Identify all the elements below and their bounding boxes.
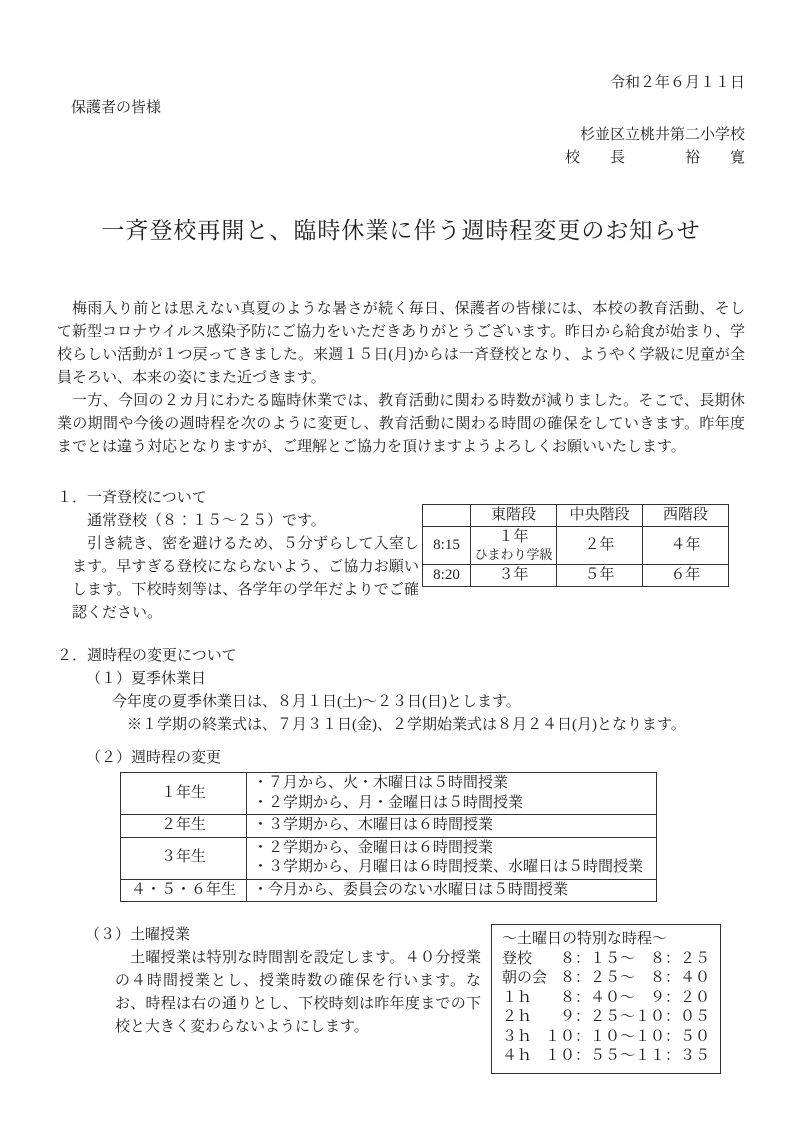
header-cell-empty [423,505,471,527]
cell-grade: ２年生 [121,815,247,838]
detail-line: ・２学期から、月・金曜日は５時間授業 [253,794,650,814]
sat-label: ４ｈ [502,1047,532,1067]
stairs-table: 東階段 中央階段 西階段 8:15 １年 ひまわり学級 ２年 ４年 8:20 ３… [422,504,729,587]
document-date: 令和２年６月１１日 [57,72,745,95]
detail-line: ・３学期から、木曜日は６時間授業 [253,816,650,836]
cell-grade: ３年生 [121,837,247,879]
table-row: １年生 ・７月から、火・木曜日は５時間授業 ・２学期から、月・金曜日は５時間授業 [121,773,657,815]
table-row: ２年生 ・３学期から、木曜日は６時間授業 [121,815,657,838]
principal-name: 校 長 裕 寛 [57,147,745,170]
sat-time: １０：５５～１１：３５ [545,1047,710,1067]
section-attendance-line1: 通常登校（８：１５～２５）です。 [57,510,419,533]
detail-line: ・７月から、火・木曜日は５時間授業 [253,774,650,794]
table-row: ３年生 ・２学期から、金曜日は６時間授業 ・３学期から、月曜日は６時間授業、水曜… [121,837,657,879]
cell-east: １年 ひまわり学級 [471,527,557,565]
schedule-table: １年生 ・７月から、火・木曜日は５時間授業 ・２学期から、月・金曜日は５時間授業… [120,772,657,902]
sat-label: ３ｈ [502,1028,532,1048]
cell-detail: ・２学期から、金曜日は６時間授業 ・３学期から、月曜日は６時間授業、水曜日は５時… [247,837,657,879]
saturday-box-title: ～土曜日の特別な時程～ [502,930,710,950]
sat-time: ９：２５～１０：０５ [560,1008,710,1028]
detail-line: ・２学期から、金曜日は６時間授業 [253,839,650,859]
cell-detail: ・３学期から、木曜日は６時間授業 [247,815,657,838]
saturday-schedule-box: ～土曜日の特別な時程～ 登校 ８：１５～ ８：２５ 朝の会 ８：２５～ ８：４０… [491,924,721,1074]
intro-paragraph-1: 梅雨入り前とは思えない真夏のような暑さが続く毎日、保護者の皆様には、本校の教育活… [57,298,745,390]
sat-label: 朝の会 [502,969,547,989]
cell-west: ４年 [643,527,729,565]
cell-time: 8:20 [423,565,471,587]
saturday-box-row: １ｈ ８：４０～ ９：２０ [502,989,710,1009]
cell-east: ３年 [471,565,557,587]
section-saturday: （３）土曜授業 土曜授業は特別な時間割を設定します。４０分授業の４時間授業とし、… [57,924,745,1074]
intro-paragraphs: 梅雨入り前とは思えない真夏のような暑さが続く毎日、保護者の皆様には、本校の教育活… [57,298,745,459]
detail-line: ・３学期から、月曜日は６時間授業、水曜日は５時間授業 [253,858,650,878]
summer-break-line1: 今年度の夏季休業日は、８月１日(土)～２３日(日)とします。 [57,691,745,714]
saturday-box-row: ２ｈ ９：２５～１０：０５ [502,1008,710,1028]
sat-label: 登校 [502,950,532,970]
saturday-text: （３）土曜授業 土曜授業は特別な時間割を設定します。４０分授業の４時間授業とし、… [85,924,481,1074]
table-row: 8:20 ３年 ５年 ６年 [423,565,729,587]
section-attendance-heading: １．一斉登校について [57,487,419,510]
section-attendance-text: １．一斉登校について 通常登校（８：１５～２５）です。 引き続き、密を避けるため… [57,487,419,625]
saturday-box-row: ４ｈ １０：５５～１１：３５ [502,1047,710,1067]
stairs-table-wrap: 東階段 中央階段 西階段 8:15 １年 ひまわり学級 ２年 ４年 8:20 ３… [422,504,729,625]
cell-east-line1: １年 [473,528,554,547]
cell-grade: １年生 [121,773,247,815]
sat-time: ８：２５～ ８：４０ [560,969,710,989]
cell-center: ５年 [557,565,643,587]
sat-time: ８：１５～ ８：２５ [560,950,710,970]
table-header-row: 東階段 中央階段 西階段 [423,505,729,527]
saturday-body: 土曜授業は特別な時間割を設定します。４０分授業の４時間授業とし、授業時数の確保を… [85,947,481,1039]
document-title: 一斉登校再開と、臨時休業に伴う週時程変更のお知らせ [57,214,745,248]
saturday-box-row: 登校 ８：１５～ ８：２５ [502,950,710,970]
cell-center: ２年 [557,527,643,565]
header-cell-west: 西階段 [643,505,729,527]
cell-time: 8:15 [423,527,471,565]
sat-label: ２ｈ [502,1008,532,1028]
table-row: 8:15 １年 ひまわり学級 ２年 ４年 [423,527,729,565]
saturday-box-row: 朝の会 ８：２５～ ８：４０ [502,969,710,989]
summer-break-heading: （１）夏季休業日 [57,668,745,691]
table-row: ４・５・６年生 ・今月から、委員会のない水曜日は５時間授業 [121,879,657,902]
cell-detail: ・７月から、火・木曜日は５時間授業 ・２学期から、月・金曜日は５時間授業 [247,773,657,815]
school-name: 杉並区立桃井第二小学校 [57,124,745,147]
saturday-heading: （３）土曜授業 [85,924,481,947]
header-cell-east: 東階段 [471,505,557,527]
schedule-table-wrap: １年生 ・７月から、火・木曜日は５時間授業 ・２学期から、月・金曜日は５時間授業… [120,772,745,902]
cell-detail: ・今月から、委員会のない水曜日は５時間授業 [247,879,657,902]
cell-grade: ４・５・６年生 [121,879,247,902]
saturday-box-row: ３ｈ １０：１０～１０：５０ [502,1028,710,1048]
cell-west: ６年 [643,565,729,587]
summer-break-note: ※１学期の終業式は、７月３１日(金)、２学期始業式は８月２４日(月)となります。 [57,714,745,737]
weekly-schedule-heading: （２）週時程の変更 [57,747,745,770]
sat-time: １０：１０～１０：５０ [545,1028,710,1048]
sat-time: ８：４０～ ９：２０ [560,989,710,1009]
section-attendance-body: 引き続き、密を避けるため、５分ずらして入室します。早すぎる登校にならないよう、ご… [57,533,419,625]
section-attendance: １．一斉登校について 通常登校（８：１５～２５）です。 引き続き、密を避けるため… [57,487,745,625]
sat-label: １ｈ [502,989,532,1009]
document-page: 令和２年６月１１日 保護者の皆様 杉並区立桃井第二小学校 校 長 裕 寛 一斉登… [0,0,800,1131]
section-schedule-change: ２．週時程の変更について （１）夏季休業日 今年度の夏季休業日は、８月１日(土)… [57,645,745,1074]
cell-east-line2: ひまわり学級 [473,547,554,563]
intro-paragraph-2: 一方、今回の２カ月にわたる臨時休業では、教育活動に関わる時数が減りました。そこで… [57,390,745,459]
section-schedule-heading: ２．週時程の変更について [57,645,745,668]
detail-line: ・今月から、委員会のない水曜日は５時間授業 [253,881,650,901]
header-cell-center: 中央階段 [557,505,643,527]
addressee: 保護者の皆様 [71,97,745,120]
sender-block: 杉並区立桃井第二小学校 校 長 裕 寛 [57,124,745,170]
